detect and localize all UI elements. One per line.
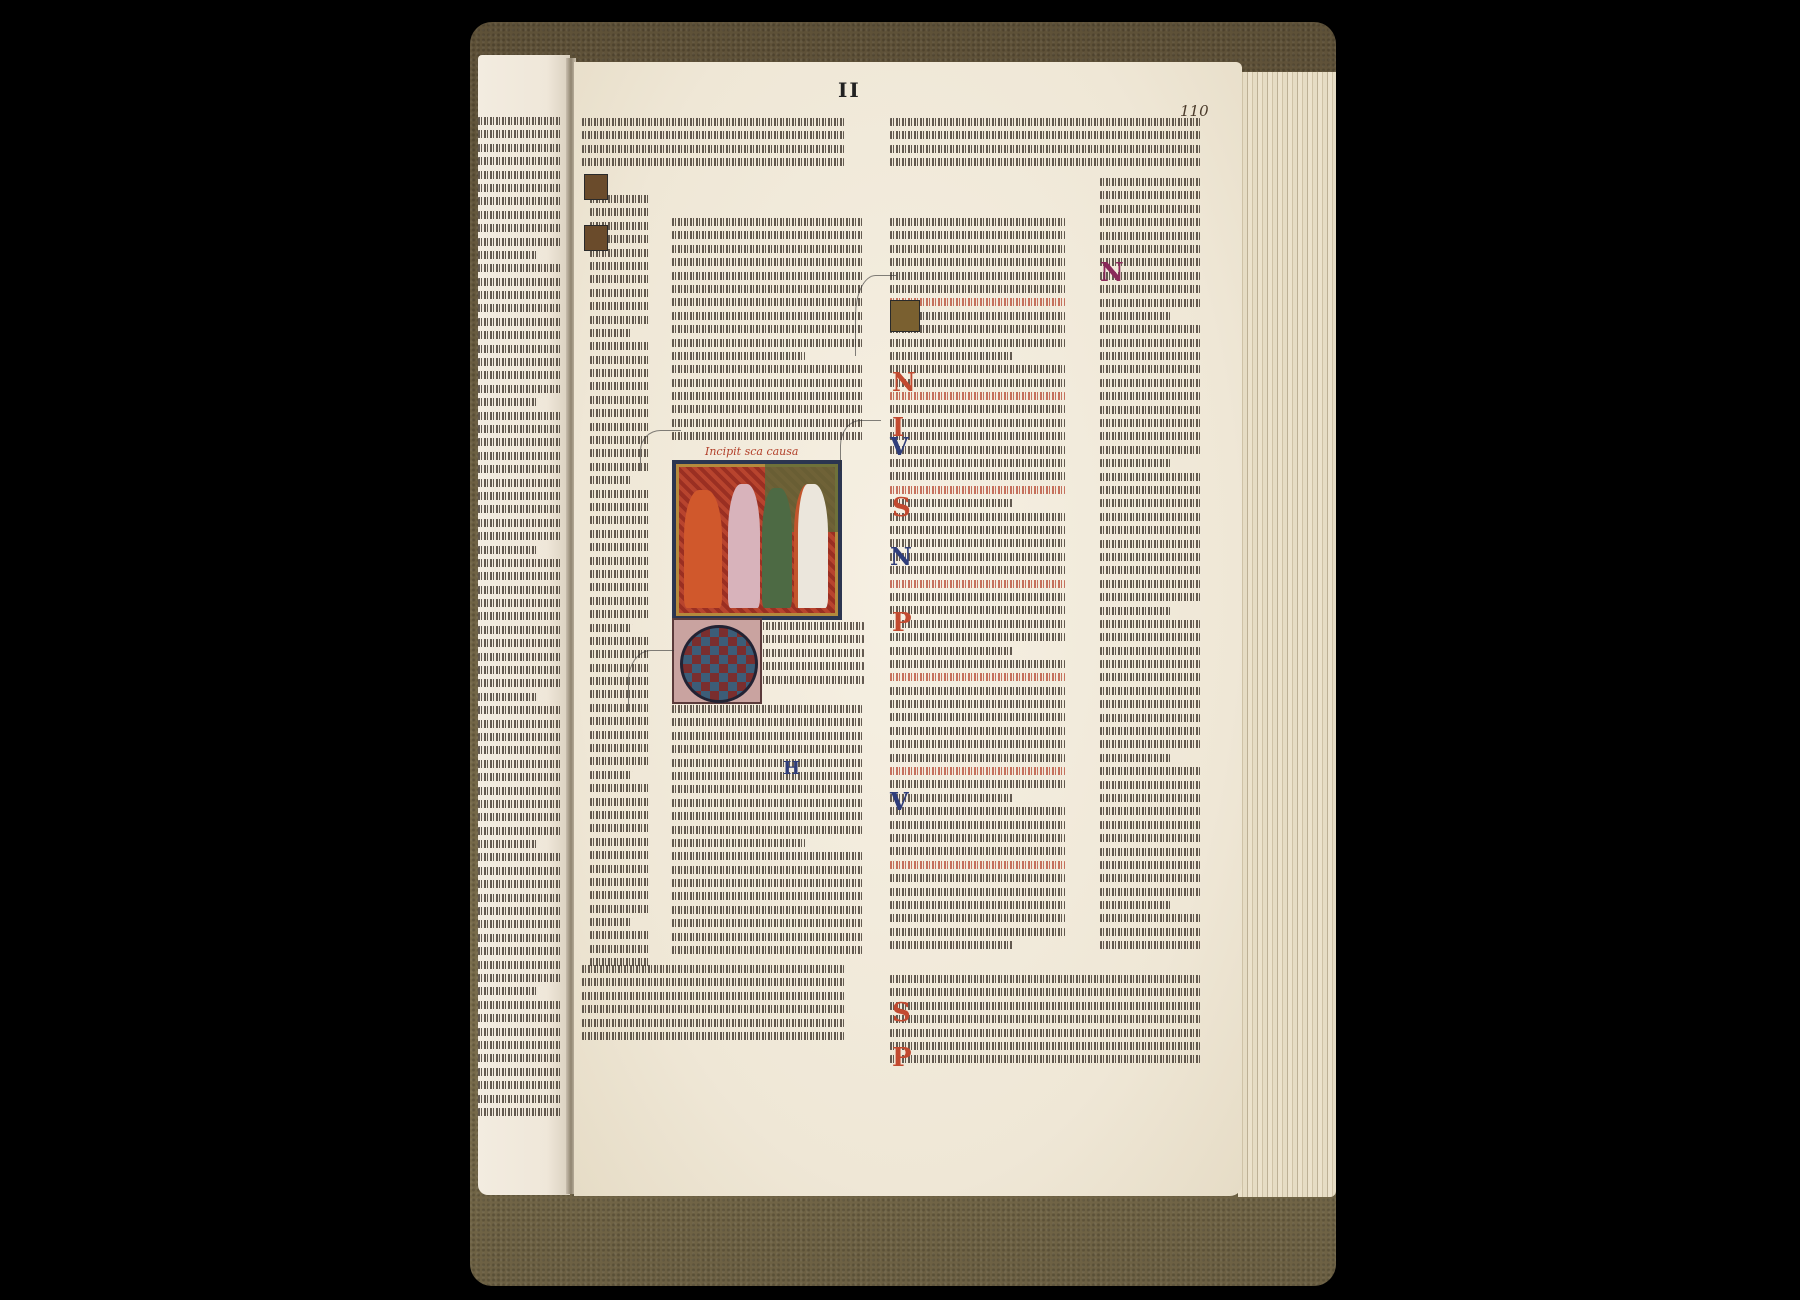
script-line — [760, 676, 864, 684]
gloss-top-right — [890, 118, 1200, 178]
left-page — [478, 55, 570, 1195]
script-line — [672, 258, 862, 266]
script-line — [672, 866, 862, 874]
script-line — [1100, 821, 1200, 829]
script-line — [478, 1014, 562, 1022]
script-line — [590, 851, 650, 859]
script-line — [890, 218, 1065, 226]
script-line — [1100, 406, 1200, 414]
script-line — [478, 385, 562, 393]
script-line — [672, 272, 862, 280]
script-line — [890, 245, 1065, 253]
script-line — [590, 945, 650, 953]
text-column-a-bottom — [672, 705, 862, 960]
script-line — [890, 1015, 1200, 1023]
script-line — [1100, 191, 1200, 199]
script-line — [478, 278, 562, 286]
script-line — [890, 566, 1065, 574]
script-line — [478, 345, 562, 353]
script-line — [890, 118, 1200, 126]
script-line — [672, 365, 862, 373]
script-line — [890, 888, 1065, 896]
script-line — [478, 760, 562, 768]
script-line — [478, 974, 562, 982]
script-line — [890, 158, 1200, 166]
script-line — [672, 392, 862, 400]
script-line — [1100, 553, 1200, 561]
script-line — [890, 405, 1065, 413]
script-line — [1100, 299, 1200, 307]
script-line — [672, 772, 862, 780]
decorated-initial — [672, 618, 762, 704]
script-line — [1100, 352, 1200, 360]
script-line — [590, 409, 650, 417]
script-line — [590, 490, 650, 498]
script-line — [582, 158, 844, 166]
script-line — [478, 184, 562, 192]
script-line — [478, 827, 562, 835]
script-line — [672, 218, 862, 226]
script-line — [478, 130, 562, 138]
script-line — [478, 612, 562, 620]
script-line — [590, 570, 650, 578]
running-header: II — [838, 78, 861, 102]
script-line — [590, 396, 650, 404]
script-line — [1100, 526, 1200, 534]
script-line — [478, 626, 562, 634]
script-line — [478, 679, 562, 687]
script-line — [478, 211, 562, 219]
script-line — [890, 258, 1065, 266]
script-line — [890, 472, 1065, 480]
script-line — [478, 465, 562, 473]
blue-initial: V — [890, 435, 909, 459]
script-line — [890, 647, 1013, 655]
script-line — [890, 446, 1065, 454]
script-line — [478, 880, 562, 888]
script-line — [582, 1019, 844, 1027]
script-line — [890, 365, 1065, 373]
script-line — [890, 539, 1065, 547]
script-line — [890, 432, 1065, 440]
script-line — [478, 197, 562, 205]
script-line — [1100, 874, 1200, 882]
script-line — [890, 606, 1065, 614]
script-line — [1100, 607, 1170, 615]
script-line — [478, 291, 562, 299]
blue-initial: V — [890, 790, 909, 814]
script-line — [590, 717, 650, 725]
script-line — [478, 532, 562, 540]
script-line — [478, 920, 562, 928]
script-line — [478, 1001, 562, 1009]
script-line — [478, 800, 562, 808]
script-line — [1100, 245, 1200, 253]
script-line — [890, 834, 1065, 842]
script-line — [582, 1032, 844, 1040]
red-initial: N — [1100, 260, 1124, 286]
script-line — [1100, 941, 1200, 949]
script-line — [1100, 499, 1200, 507]
script-line — [672, 298, 862, 306]
script-line — [478, 1081, 562, 1089]
script-line — [890, 1002, 1200, 1010]
script-line — [672, 379, 862, 387]
checkered-disc — [680, 625, 758, 703]
script-line — [672, 906, 862, 914]
script-line — [590, 369, 650, 377]
red-initial: S — [892, 495, 911, 521]
script-line — [478, 572, 562, 580]
script-line — [590, 557, 650, 565]
script-line — [672, 785, 862, 793]
script-line — [890, 1042, 1200, 1050]
text-column-a — [672, 218, 862, 458]
marginal-flourish — [840, 420, 881, 471]
script-line — [1100, 513, 1200, 521]
script-line — [672, 285, 862, 293]
script-line — [672, 705, 862, 713]
script-line — [890, 231, 1065, 239]
script-line — [478, 412, 562, 420]
script-line — [478, 787, 562, 795]
script-line — [478, 264, 562, 272]
script-line — [890, 700, 1065, 708]
gloss-bottom-left — [582, 965, 844, 1055]
script-line — [582, 1005, 844, 1013]
script-line — [478, 639, 562, 647]
blue-initial: H — [783, 760, 800, 778]
script-line — [478, 492, 562, 500]
script-line — [590, 771, 632, 779]
left-page-text — [478, 117, 562, 1122]
script-line — [890, 526, 1065, 534]
figure-green-robe — [762, 488, 792, 608]
script-line — [478, 653, 562, 661]
script-line — [1100, 419, 1200, 427]
script-line — [1100, 459, 1170, 467]
script-line — [478, 840, 537, 848]
script-line — [760, 649, 864, 657]
script-line — [590, 302, 650, 310]
script-line — [478, 599, 562, 607]
red-initial: P — [892, 1045, 912, 1071]
script-line — [890, 392, 1065, 400]
gloss-right-column — [1100, 178, 1200, 958]
script-line — [890, 713, 1065, 721]
script-line — [672, 839, 805, 847]
script-line — [1100, 633, 1200, 641]
script-line — [478, 1108, 562, 1116]
script-line — [1100, 714, 1200, 722]
script-line — [590, 798, 650, 806]
script-line — [672, 325, 862, 333]
gloss-inner-column — [590, 195, 650, 985]
script-line — [890, 339, 1065, 347]
script-line — [590, 329, 632, 337]
script-line — [478, 171, 562, 179]
script-line — [478, 733, 562, 741]
small-initial-1 — [584, 174, 608, 200]
script-line — [1100, 446, 1200, 454]
script-line — [890, 553, 1065, 561]
script-line — [672, 933, 862, 941]
blue-initial: N — [890, 545, 912, 569]
script-line — [1100, 834, 1200, 842]
script-line — [890, 593, 1065, 601]
script-line — [890, 352, 1013, 360]
script-line — [478, 666, 562, 674]
script-line — [672, 339, 862, 347]
script-line — [590, 289, 650, 297]
script-line — [478, 1041, 562, 1049]
script-line — [1100, 620, 1200, 628]
script-line — [890, 513, 1065, 521]
script-line — [890, 975, 1200, 983]
script-line — [1100, 540, 1200, 548]
script-line — [582, 145, 844, 153]
script-line — [590, 811, 650, 819]
script-line — [672, 745, 862, 753]
script-line — [890, 285, 1065, 293]
script-line — [890, 874, 1065, 882]
text-column-a-lower — [760, 622, 864, 702]
script-line — [478, 1028, 562, 1036]
script-line — [478, 1068, 562, 1076]
script-line — [582, 965, 844, 973]
script-line — [1100, 392, 1200, 400]
script-line — [590, 931, 650, 939]
script-line — [478, 773, 562, 781]
script-line — [478, 224, 562, 232]
script-line — [890, 847, 1065, 855]
red-initial: P — [892, 610, 912, 636]
script-line — [1100, 566, 1200, 574]
script-line — [590, 597, 650, 605]
script-line — [590, 610, 650, 618]
script-line — [478, 251, 537, 259]
script-line — [590, 838, 650, 846]
script-line — [890, 687, 1065, 695]
script-line — [1100, 660, 1200, 668]
script-line — [590, 744, 650, 752]
script-line — [478, 398, 537, 406]
script-line — [590, 316, 650, 324]
script-line — [1100, 312, 1170, 320]
script-line — [582, 118, 844, 126]
script-line — [590, 757, 650, 765]
small-initial-2 — [584, 225, 608, 251]
script-line — [890, 131, 1200, 139]
script-line — [760, 662, 864, 670]
script-line — [890, 941, 1013, 949]
script-line — [760, 635, 864, 643]
script-line — [890, 580, 1065, 588]
script-line — [890, 740, 1065, 748]
script-line — [672, 826, 862, 834]
script-line — [1100, 914, 1200, 922]
script-line — [590, 918, 632, 926]
script-line — [590, 784, 650, 792]
script-line — [672, 231, 862, 239]
rubric-incipit: Incipit sca causa — [705, 445, 798, 458]
script-line — [890, 660, 1065, 668]
script-line — [590, 342, 650, 350]
script-line — [672, 718, 862, 726]
script-line — [672, 852, 862, 860]
script-line — [1100, 647, 1200, 655]
script-line — [478, 867, 562, 875]
script-line — [890, 807, 1065, 815]
script-line — [890, 1055, 1200, 1063]
script-line — [478, 987, 537, 995]
script-line — [890, 419, 1065, 427]
script-line — [672, 812, 862, 820]
script-line — [1100, 205, 1200, 213]
script-line — [672, 919, 862, 927]
script-line — [890, 486, 1065, 494]
script-line — [1100, 339, 1200, 347]
script-line — [478, 947, 562, 955]
script-line — [1100, 928, 1200, 936]
script-line — [478, 452, 562, 460]
script-line — [890, 914, 1065, 922]
script-line — [890, 145, 1200, 153]
script-line — [590, 208, 650, 216]
script-line — [890, 620, 1065, 628]
script-line — [890, 767, 1065, 775]
script-line — [582, 978, 844, 986]
script-line — [478, 371, 562, 379]
script-line — [890, 780, 1065, 788]
marginal-flourish — [628, 650, 674, 711]
script-line — [890, 861, 1065, 869]
figure-seated-bishop — [684, 490, 722, 608]
miniature-illustration — [672, 460, 842, 620]
script-line — [478, 1095, 562, 1103]
script-line — [1100, 807, 1200, 815]
red-initial: S — [892, 1000, 911, 1026]
script-line — [478, 546, 537, 554]
script-line — [478, 479, 562, 487]
script-line — [478, 157, 562, 165]
script-line — [890, 727, 1065, 735]
script-line — [1100, 673, 1200, 681]
script-line — [1100, 379, 1200, 387]
script-line — [478, 693, 537, 701]
script-line — [478, 586, 562, 594]
script-line — [1100, 232, 1200, 240]
script-line — [672, 759, 862, 767]
script-line — [590, 476, 632, 484]
red-initial: N — [892, 370, 916, 396]
script-line — [478, 853, 562, 861]
script-line — [478, 1054, 562, 1062]
script-line — [672, 732, 862, 740]
script-line — [890, 673, 1065, 681]
script-line — [478, 505, 562, 513]
script-line — [582, 992, 844, 1000]
script-line — [1100, 178, 1200, 186]
script-line — [672, 312, 862, 320]
script-line — [590, 262, 650, 270]
script-line — [590, 583, 650, 591]
script-line — [1100, 593, 1200, 601]
script-line — [890, 928, 1065, 936]
script-line — [478, 746, 562, 754]
script-line — [478, 813, 562, 821]
script-line — [590, 824, 650, 832]
script-line — [1100, 432, 1200, 440]
script-line — [1100, 218, 1200, 226]
gloss-top-left — [582, 118, 844, 178]
script-line — [890, 272, 1065, 280]
script-line — [1100, 727, 1200, 735]
script-line — [1100, 767, 1200, 775]
script-line — [590, 503, 650, 511]
script-line — [1100, 325, 1200, 333]
script-line — [478, 934, 562, 942]
script-line — [1100, 740, 1200, 748]
gloss-bottom-right — [890, 975, 1200, 1080]
script-line — [1100, 700, 1200, 708]
script-line — [590, 624, 632, 632]
script-line — [890, 754, 1065, 762]
script-line — [478, 961, 562, 969]
script-line — [672, 432, 862, 440]
script-line — [590, 905, 650, 913]
script-line — [590, 382, 650, 390]
script-line — [672, 419, 862, 427]
script-line — [672, 352, 805, 360]
script-line — [672, 946, 862, 954]
script-line — [672, 405, 862, 413]
script-line — [890, 459, 1065, 467]
script-line — [478, 358, 562, 366]
script-line — [890, 1029, 1200, 1037]
script-line — [478, 117, 562, 125]
script-line — [590, 423, 650, 431]
script-line — [590, 891, 650, 899]
script-line — [478, 144, 562, 152]
script-line — [478, 894, 562, 902]
marginal-flourish — [640, 430, 681, 471]
script-line — [672, 892, 862, 900]
script-line — [672, 879, 862, 887]
page-block-edges — [1238, 72, 1336, 1197]
script-line — [478, 425, 562, 433]
script-line — [1100, 486, 1200, 494]
figure-standing-bishop — [794, 484, 828, 608]
script-line — [890, 379, 1065, 387]
script-line — [590, 543, 650, 551]
figure-pink-robe — [728, 484, 760, 608]
script-line — [590, 516, 650, 524]
script-line — [890, 633, 1065, 641]
script-line — [582, 131, 844, 139]
script-line — [890, 821, 1065, 829]
script-line — [478, 438, 562, 446]
script-line — [1100, 888, 1200, 896]
script-line — [590, 530, 650, 538]
script-line — [478, 907, 562, 915]
script-line — [1100, 580, 1200, 588]
script-line — [1100, 754, 1170, 762]
script-line — [1100, 365, 1200, 373]
marginal-flourish — [855, 275, 896, 356]
script-line — [1100, 687, 1200, 695]
script-line — [590, 878, 650, 886]
